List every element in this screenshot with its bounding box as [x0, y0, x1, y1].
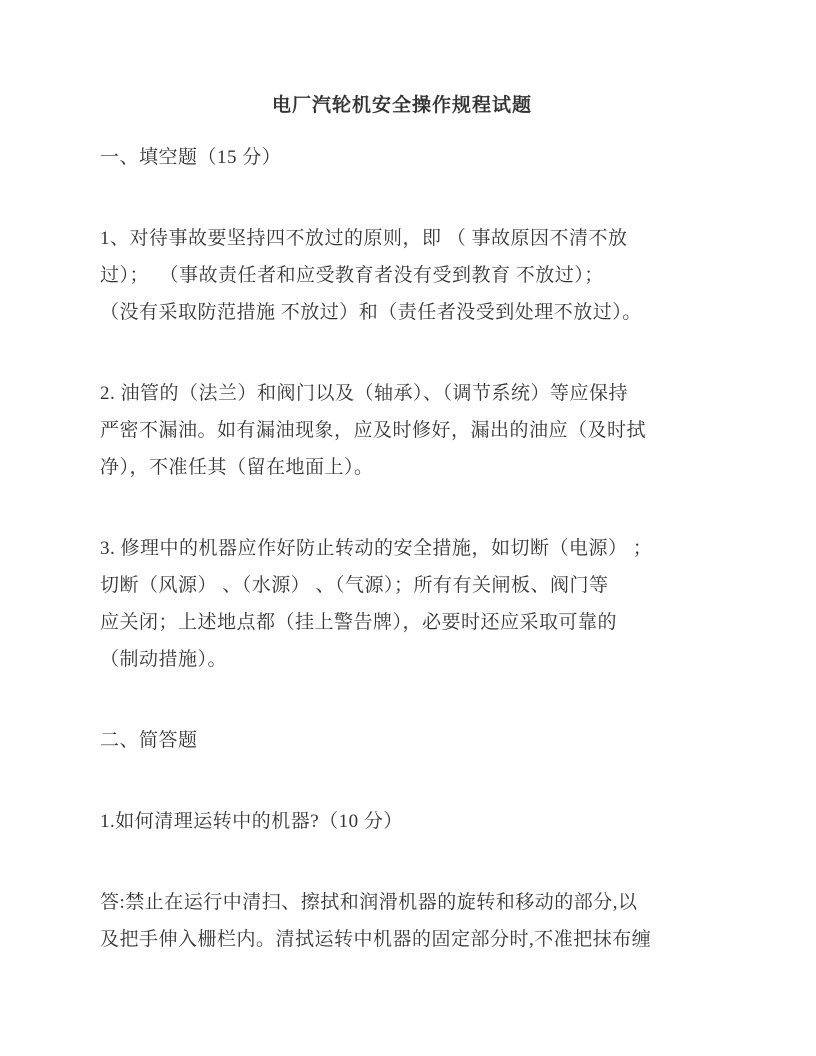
- fill-blank-question-3: 3. 修理中的机器应作好防止转动的安全措施，如切断（电源） ； 切断（风源） 、…: [100, 530, 704, 678]
- section-2-heading: 二、简答题: [100, 722, 704, 759]
- short-answer-answer-1: 答:禁止在运行中清扫、擦拭和润滑机器的旋转和移动的部分,以 及把手伸入栅栏内。清…: [100, 884, 704, 958]
- section-1-heading: 一、填空题（15 分）: [100, 139, 704, 176]
- short-answer-question-1: 1.如何清理运转中的机器?（10 分）: [100, 803, 704, 840]
- fill-blank-question-2: 2. 油管的（法兰）和阀门以及（轴承）、（调节系统）等应保持 严密不漏油。如有漏…: [100, 375, 704, 486]
- document-title: 电厂汽轮机安全操作规程试题: [100, 87, 704, 124]
- fill-blank-question-1: 1、对待事故要坚持四不放过的原则，即 （ 事故原因不清不放 过）； （事故责任者…: [100, 220, 704, 331]
- section-fill-in-blanks: 一、填空题（15 分） 1、对待事故要坚持四不放过的原则，即 （ 事故原因不清不…: [100, 139, 704, 678]
- document-page: 电厂汽轮机安全操作规程试题 一、填空题（15 分） 1、对待事故要坚持四不放过的…: [0, 0, 816, 1056]
- section-short-answer: 二、简答题 1.如何清理运转中的机器?（10 分） 答:禁止在运行中清扫、擦拭和…: [100, 722, 704, 958]
